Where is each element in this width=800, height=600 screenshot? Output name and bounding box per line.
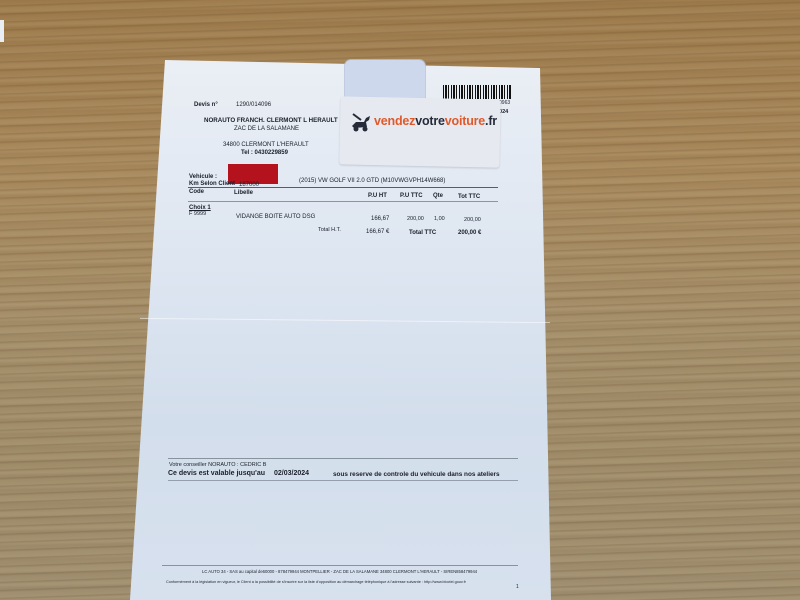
divider [188,201,498,202]
company-name: NORAUTO FRANCH. CLERMONT L HERAULT [204,118,338,124]
city-line: 34800 CLERMONT L'HERAULT [223,142,309,148]
legal-line-2: Conformément à la législation en vigueur… [166,581,466,585]
redaction-block [228,164,278,184]
row-tot-ttc: 200,00 [464,218,481,224]
divider [168,458,518,459]
address-line: ZAC DE LA SALAMANE [234,126,299,132]
total-ttc-value: 200,00 € [458,230,481,236]
tow-truck-icon [350,112,372,134]
validity-label: Ce devis est valable jusqu'au [168,470,265,477]
col-libelle: Libelle [234,190,253,196]
row-code: F 9999 [189,212,206,218]
page-number: 1 [516,585,519,590]
row-libelle: VIDANGE BOITE AUTO DSG [236,214,315,220]
vendezvotrevoiture-logo: vendezvotrevoiture.fr [346,108,498,138]
divider [168,480,518,481]
col-tot-ttc: Tot TTC [458,194,480,200]
col-pu-ht: P.U HT [368,193,387,199]
logo-text: vendezvotrevoiture.fr [374,114,497,128]
total-ttc-label: Total TTC [409,230,436,236]
legal-line-1: LC AUTO 34 - SAS au capital de60000 - 87… [202,570,477,574]
row-pu-ttc: 200,00 [407,217,424,223]
divider [188,187,498,188]
advisor: Votre conseiller NORAUTO : CEDRIC B [169,463,266,469]
validity-date: 02/03/2024 [274,470,309,477]
total-ht-label: Total H.T. [318,228,341,234]
col-qte: Qte [433,193,443,199]
vehicle-label: Vehicule : [189,174,217,180]
reserve-note: sous reserve de controle du vehicule dan… [333,472,500,478]
devis-label: Devis n° [194,102,218,108]
row-pu-ht: 166,67 [371,216,389,222]
vehicle-description: (2015) VW GOLF VII 2.0 GTD (M10VWGVPH14W… [299,178,445,184]
row-qte: 1,00 [434,217,445,223]
phone: Tel : 0430229859 [241,150,288,156]
devis-number: 1290/014096 [236,102,271,108]
barcode [443,85,511,99]
total-ht-value: 166,67 € [366,229,389,235]
col-code: Code [189,189,204,195]
col-pu-ttc: P.U TTC [400,193,423,199]
divider [162,565,518,566]
